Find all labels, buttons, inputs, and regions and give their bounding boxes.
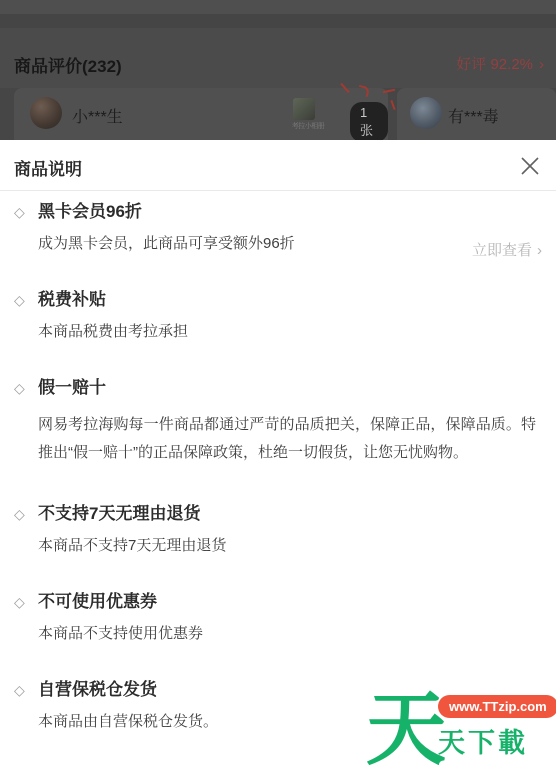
chevron-right-icon: ›: [539, 56, 544, 73]
dim-overlay-background[interactable]: 商品评价(232) 好评 92.2%› 小***生 考拉小相册 1张 有***毒: [0, 0, 556, 140]
section-title: 不可使用优惠券: [38, 593, 157, 611]
section-no-7day-return: ◇ 不支持7天无理由退货 本商品不支持7天无理由退货: [14, 505, 542, 555]
positive-rating-label: 好评 92.2%: [456, 56, 533, 73]
review-count-title: 商品评价(232): [14, 52, 122, 77]
view-now-label: 立即查看: [472, 242, 532, 259]
section-fake-one-pay-ten: ◇ 假一赔十 网易考拉海购每一件商品都通过严苛的品质把关，保障正品，保障品质。特…: [14, 379, 542, 467]
section-no-coupon: ◇ 不可使用优惠券 本商品不支持使用优惠券: [14, 593, 542, 643]
reviewer-name: 小***生: [72, 104, 123, 127]
review-card[interactable]: 小***生 考拉小相册 1张: [14, 88, 388, 140]
diamond-bullet-icon: ◇: [14, 291, 38, 309]
watermark-big-char: 天: [366, 691, 442, 773]
section-description: 成为黑卡会员，此商品可享受额外96折: [38, 235, 542, 253]
product-description-modal: 商品说明 ◇ 黑卡会员96折 成为黑卡会员，此商品可享受额外96折 立即查看›: [0, 140, 556, 779]
app-screen: 商品评价(232) 好评 92.2%› 小***生 考拉小相册 1张 有***毒: [0, 0, 556, 779]
view-now-link[interactable]: 立即查看›: [472, 239, 542, 260]
watermark-text: 天下載: [438, 721, 556, 760]
reviewer-avatar: [30, 97, 62, 129]
red-annotation-mark: [383, 89, 395, 93]
section-title: 假一赔十: [38, 379, 106, 397]
review-section-header: 商品评价(232) 好评 92.2%›: [0, 28, 556, 88]
modal-title: 商品说明: [14, 155, 82, 180]
review-card[interactable]: 有***毒: [397, 88, 556, 140]
review-cards-row: 小***生 考拉小相册 1张 有***毒: [0, 88, 556, 140]
diamond-bullet-icon: ◇: [14, 505, 38, 523]
review-photo-thumbnail[interactable]: [293, 98, 315, 120]
section-black-card-discount: ◇ 黑卡会员96折 成为黑卡会员，此商品可享受额外96折 立即查看›: [14, 203, 542, 253]
diamond-bullet-icon: ◇: [14, 203, 38, 221]
status-bar: [0, 0, 556, 14]
section-title: 税费补贴: [38, 291, 106, 309]
section-title: 自营保税仓发货: [38, 681, 157, 699]
review-thumbnail-caption: 考拉小相册: [286, 121, 330, 131]
section-description: 本商品不支持使用优惠券: [38, 625, 542, 643]
diamond-bullet-icon: ◇: [14, 593, 38, 611]
watermark-site-badge: www.TTzip.com: [438, 695, 556, 718]
modal-header: 商品说明: [0, 140, 556, 190]
section-title: 不支持7天无理由退货: [38, 505, 200, 523]
section-tax-subsidy: ◇ 税费补贴 本商品税费由考拉承担: [14, 291, 542, 341]
section-description: 网易考拉海购每一件商品都通过严苛的品质把关，保障正品，保障品质。特推出“假一赔十…: [38, 411, 542, 467]
ttzip-watermark-logo: 天 www.TTzip.com 天下載: [366, 691, 552, 773]
chevron-right-icon: ›: [537, 242, 542, 259]
positive-rating-link[interactable]: 好评 92.2%›: [456, 53, 544, 74]
diamond-bullet-icon: ◇: [14, 681, 38, 699]
description-sections: ◇ 黑卡会员96折 成为黑卡会员，此商品可享受额外96折 立即查看› ◇ 税费补…: [0, 191, 556, 731]
red-annotation-mark: [390, 100, 395, 110]
reviewer-name: 有***毒: [448, 104, 499, 127]
section-title: 黑卡会员96折: [38, 203, 142, 221]
section-description: 本商品税费由考拉承担: [38, 323, 542, 341]
reviewer-avatar: [410, 97, 442, 129]
section-gap-strip: [0, 14, 556, 28]
section-description: 本商品不支持7天无理由退货: [38, 537, 542, 555]
photo-count-badge: 1张: [350, 102, 388, 142]
diamond-bullet-icon: ◇: [14, 379, 38, 397]
close-icon[interactable]: [516, 152, 544, 180]
